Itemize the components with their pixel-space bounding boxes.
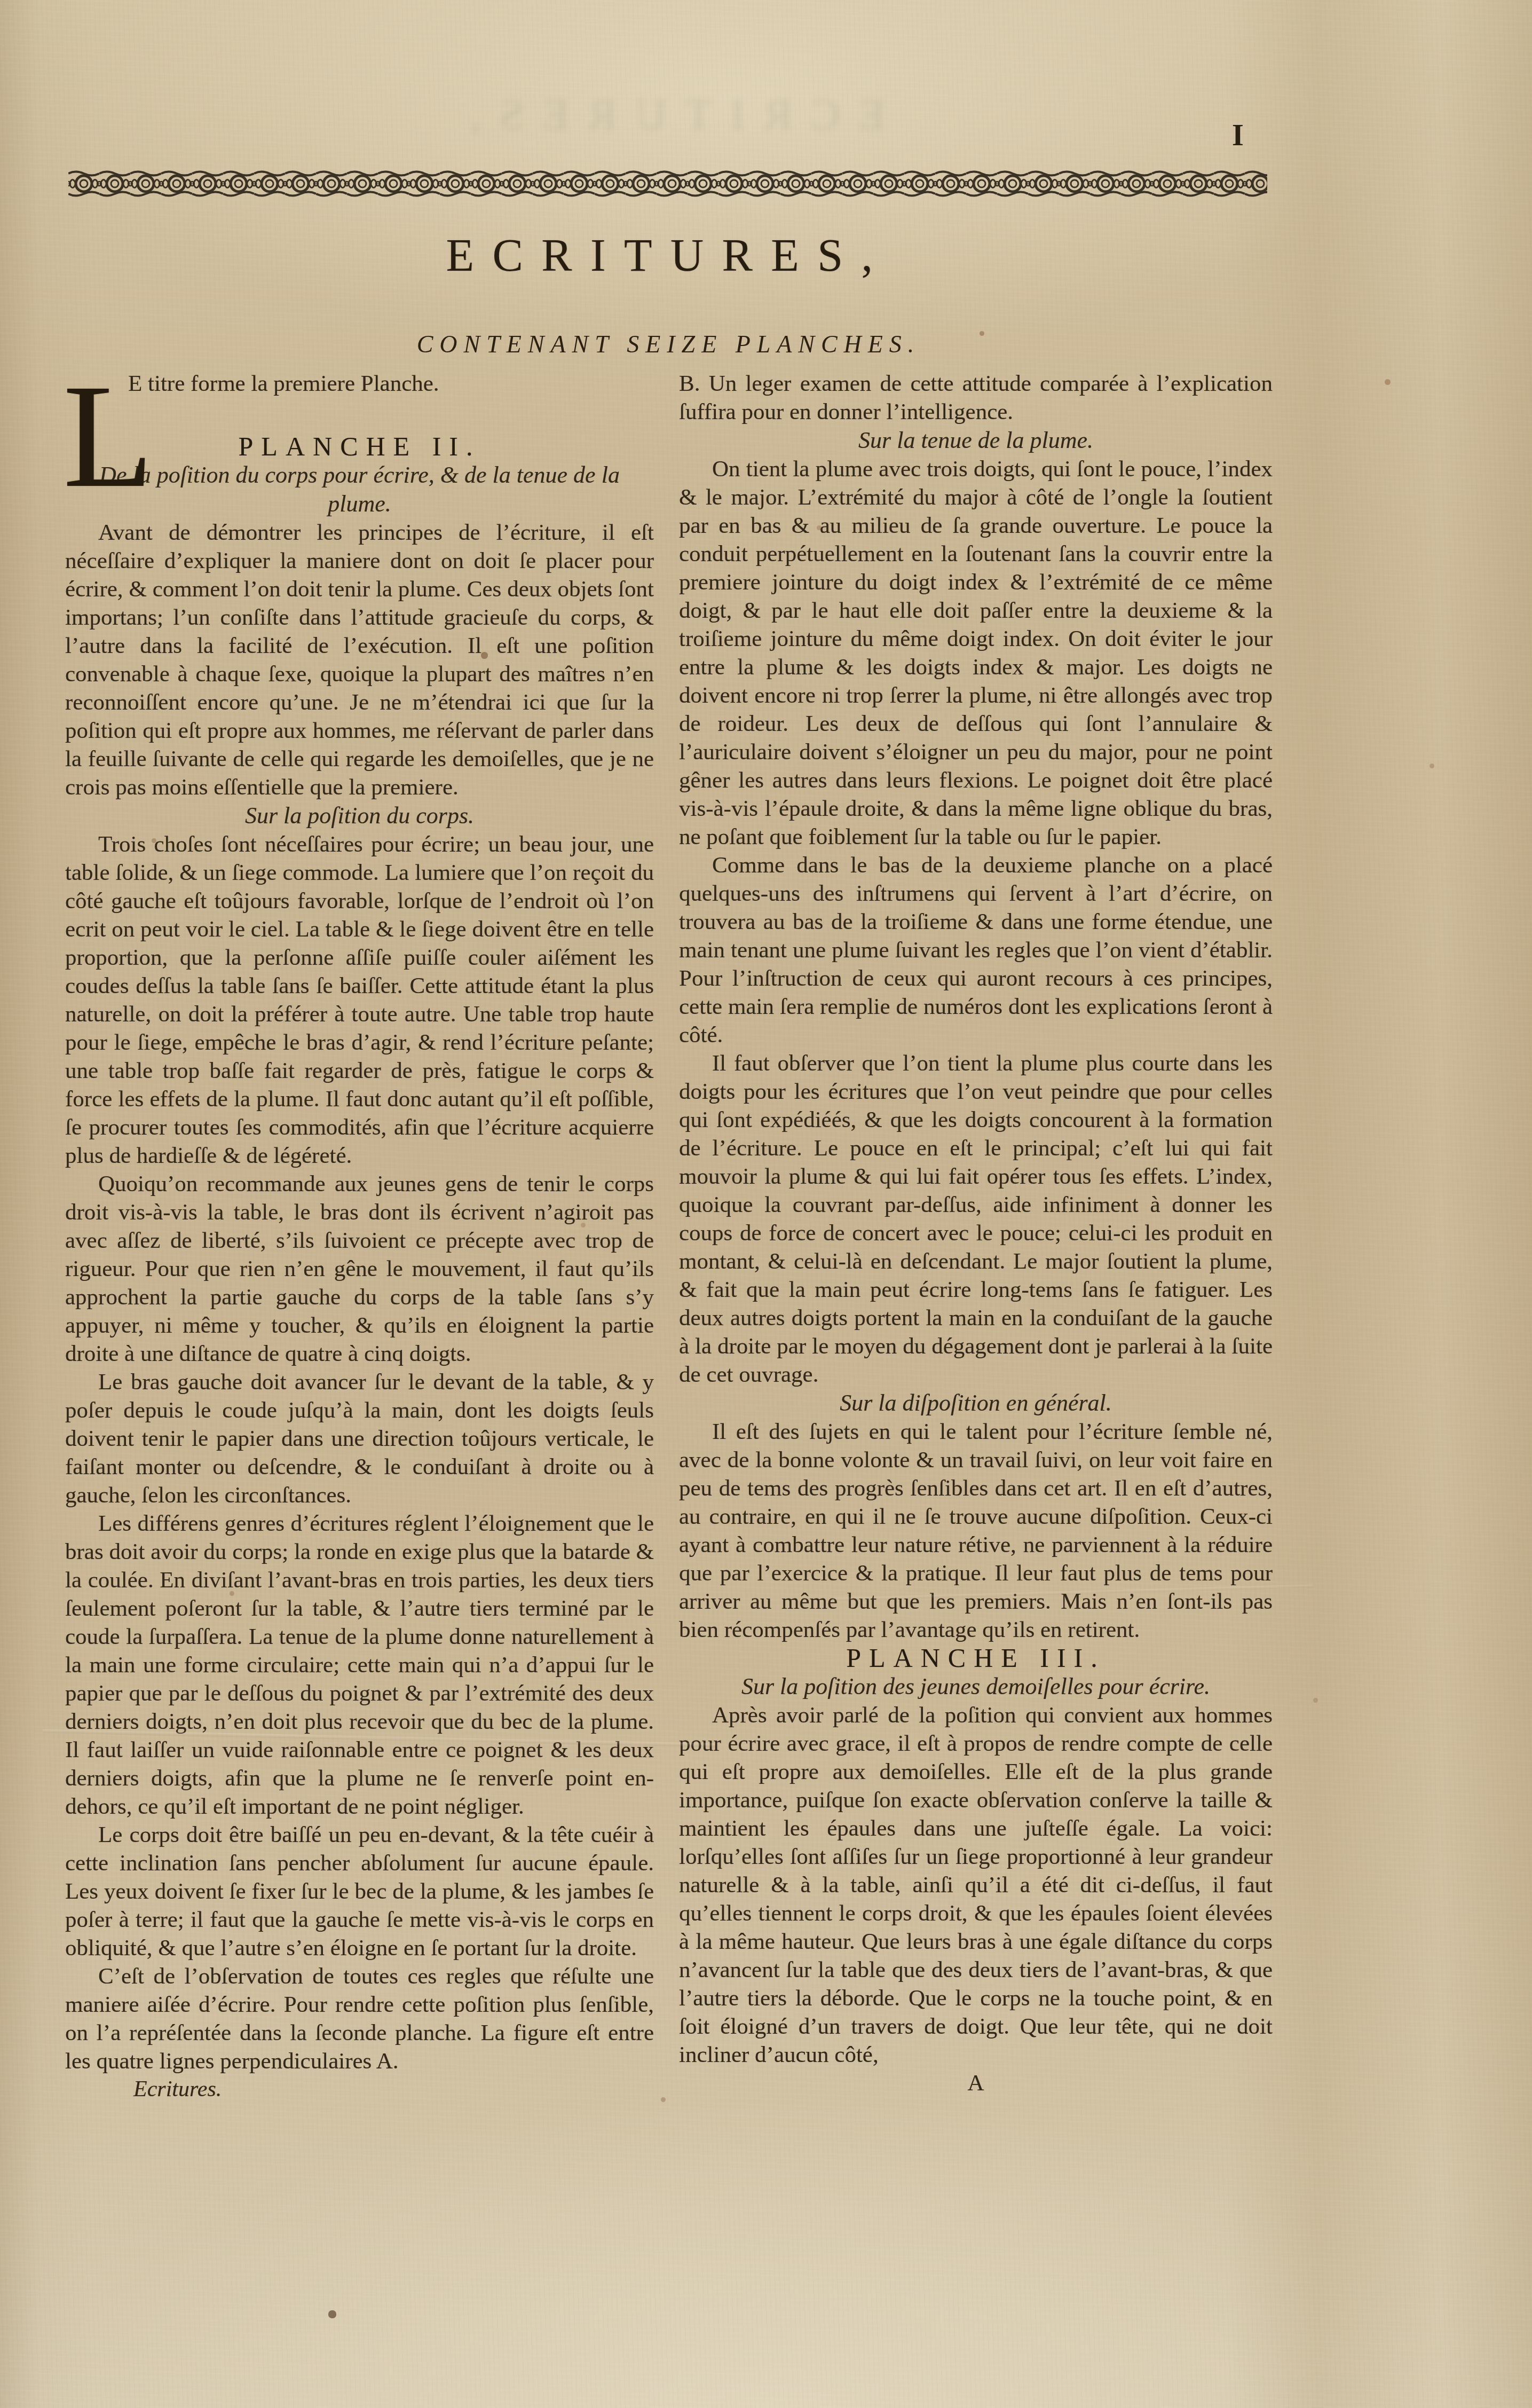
left-column: L E titre forme la premiere Planche. PLA… bbox=[65, 369, 654, 2104]
section-subheading: Sur la tenue de la plume. bbox=[679, 426, 1273, 455]
paragraph: B. Un leger examen de cette attitude com… bbox=[679, 369, 1273, 426]
paragraph: Il eſt des ſujets en qui le talent pour … bbox=[679, 1418, 1273, 1644]
page-subtitle: CONTENANT SEIZE PLANCHES. bbox=[64, 330, 1273, 358]
paragraph: On tient la plume avec trois doigts, qui… bbox=[679, 455, 1273, 851]
paragraph: Quoiqu’on recommande aux jeunes gens de … bbox=[65, 1170, 654, 1368]
paragraph: Avant de démontrer les principes de l’éc… bbox=[65, 518, 654, 801]
paragraph: Après avoir parlé de la poſition qui con… bbox=[679, 1701, 1273, 2069]
paper-specks bbox=[0, 0, 3, 3]
signature-mark: Ecritures. bbox=[65, 2075, 654, 2104]
header-ornament-band-icon bbox=[68, 169, 1267, 201]
section-subheading: Sur la poſition du corps. bbox=[65, 801, 654, 830]
plate-iii-heading: PLANCHE III. bbox=[679, 1644, 1273, 1672]
paragraph: Il faut obſerver que l’on tient la plume… bbox=[679, 1049, 1273, 1389]
paragraph: C’eſt de l’obſervation de toutes ces reg… bbox=[65, 1962, 654, 2075]
section-subheading: Sur la diſpoſition en général. bbox=[679, 1389, 1273, 1418]
paragraph: Le corps doit être baiſſé un peu en-deva… bbox=[65, 1821, 654, 1962]
paragraph: Comme dans le bas de la deuxieme planche… bbox=[679, 851, 1273, 1049]
plate-iii-subheading: Sur la poſition des jeunes demoiſelles p… bbox=[679, 1672, 1273, 1701]
right-column: B. Un leger examen de cette attitude com… bbox=[679, 369, 1273, 2097]
paragraph: Le bras gauche doit avancer ſur le devan… bbox=[65, 1368, 654, 1509]
paragraph: Les différens genres d’écritures réglent… bbox=[65, 1509, 654, 1821]
show-through-ghost-title: ECRITURES, bbox=[64, 90, 1273, 140]
drop-cap-letter: L bbox=[63, 362, 154, 510]
document-page: ECRITURES, I bbox=[0, 0, 1532, 2408]
page-title: ECRITURES, bbox=[64, 229, 1273, 282]
page-number: I bbox=[1232, 119, 1245, 153]
paragraph: Trois choſes ſont néceſſaires pour écrir… bbox=[65, 830, 654, 1170]
catchword: A bbox=[679, 2069, 1273, 2097]
